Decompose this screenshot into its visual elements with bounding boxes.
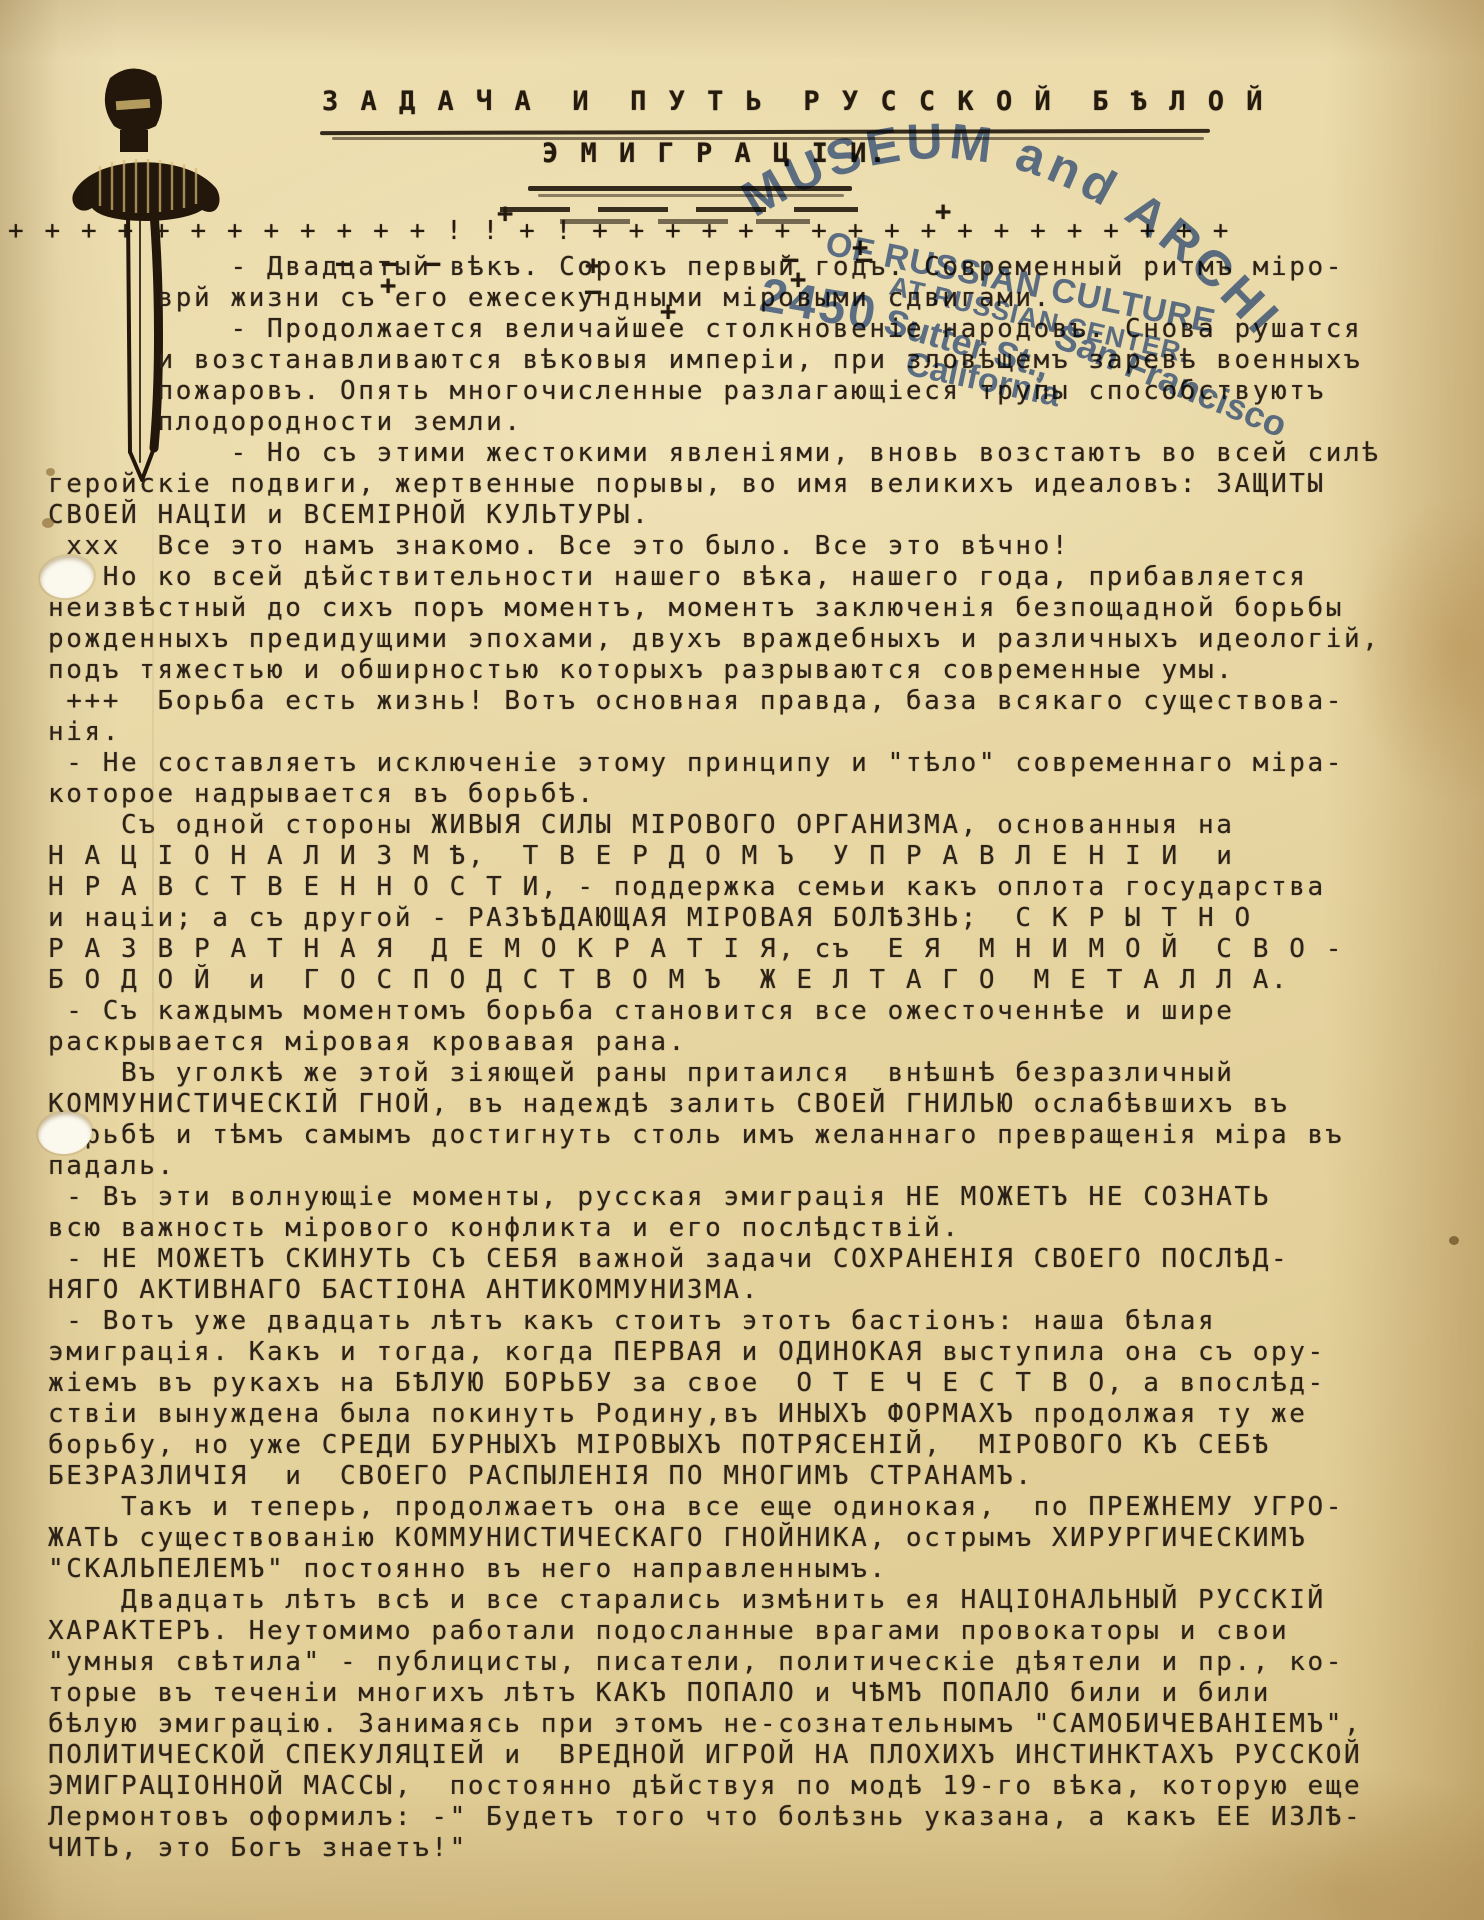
museum-archives-stamp: MUSEUM and ARCHIVES OF RUSSIAN CULTURE A… [0,0,1484,1920]
paper-crease [152,430,154,1330]
document-page: З А Д А Ч А И П У Т Ь Р У С С К О Й Б Ѣ … [0,0,1484,1920]
ink-speck [1449,1236,1459,1245]
stamp-address-number: 2450 [756,269,882,342]
paper-speck [42,518,54,528]
paper-speck [46,468,55,476]
